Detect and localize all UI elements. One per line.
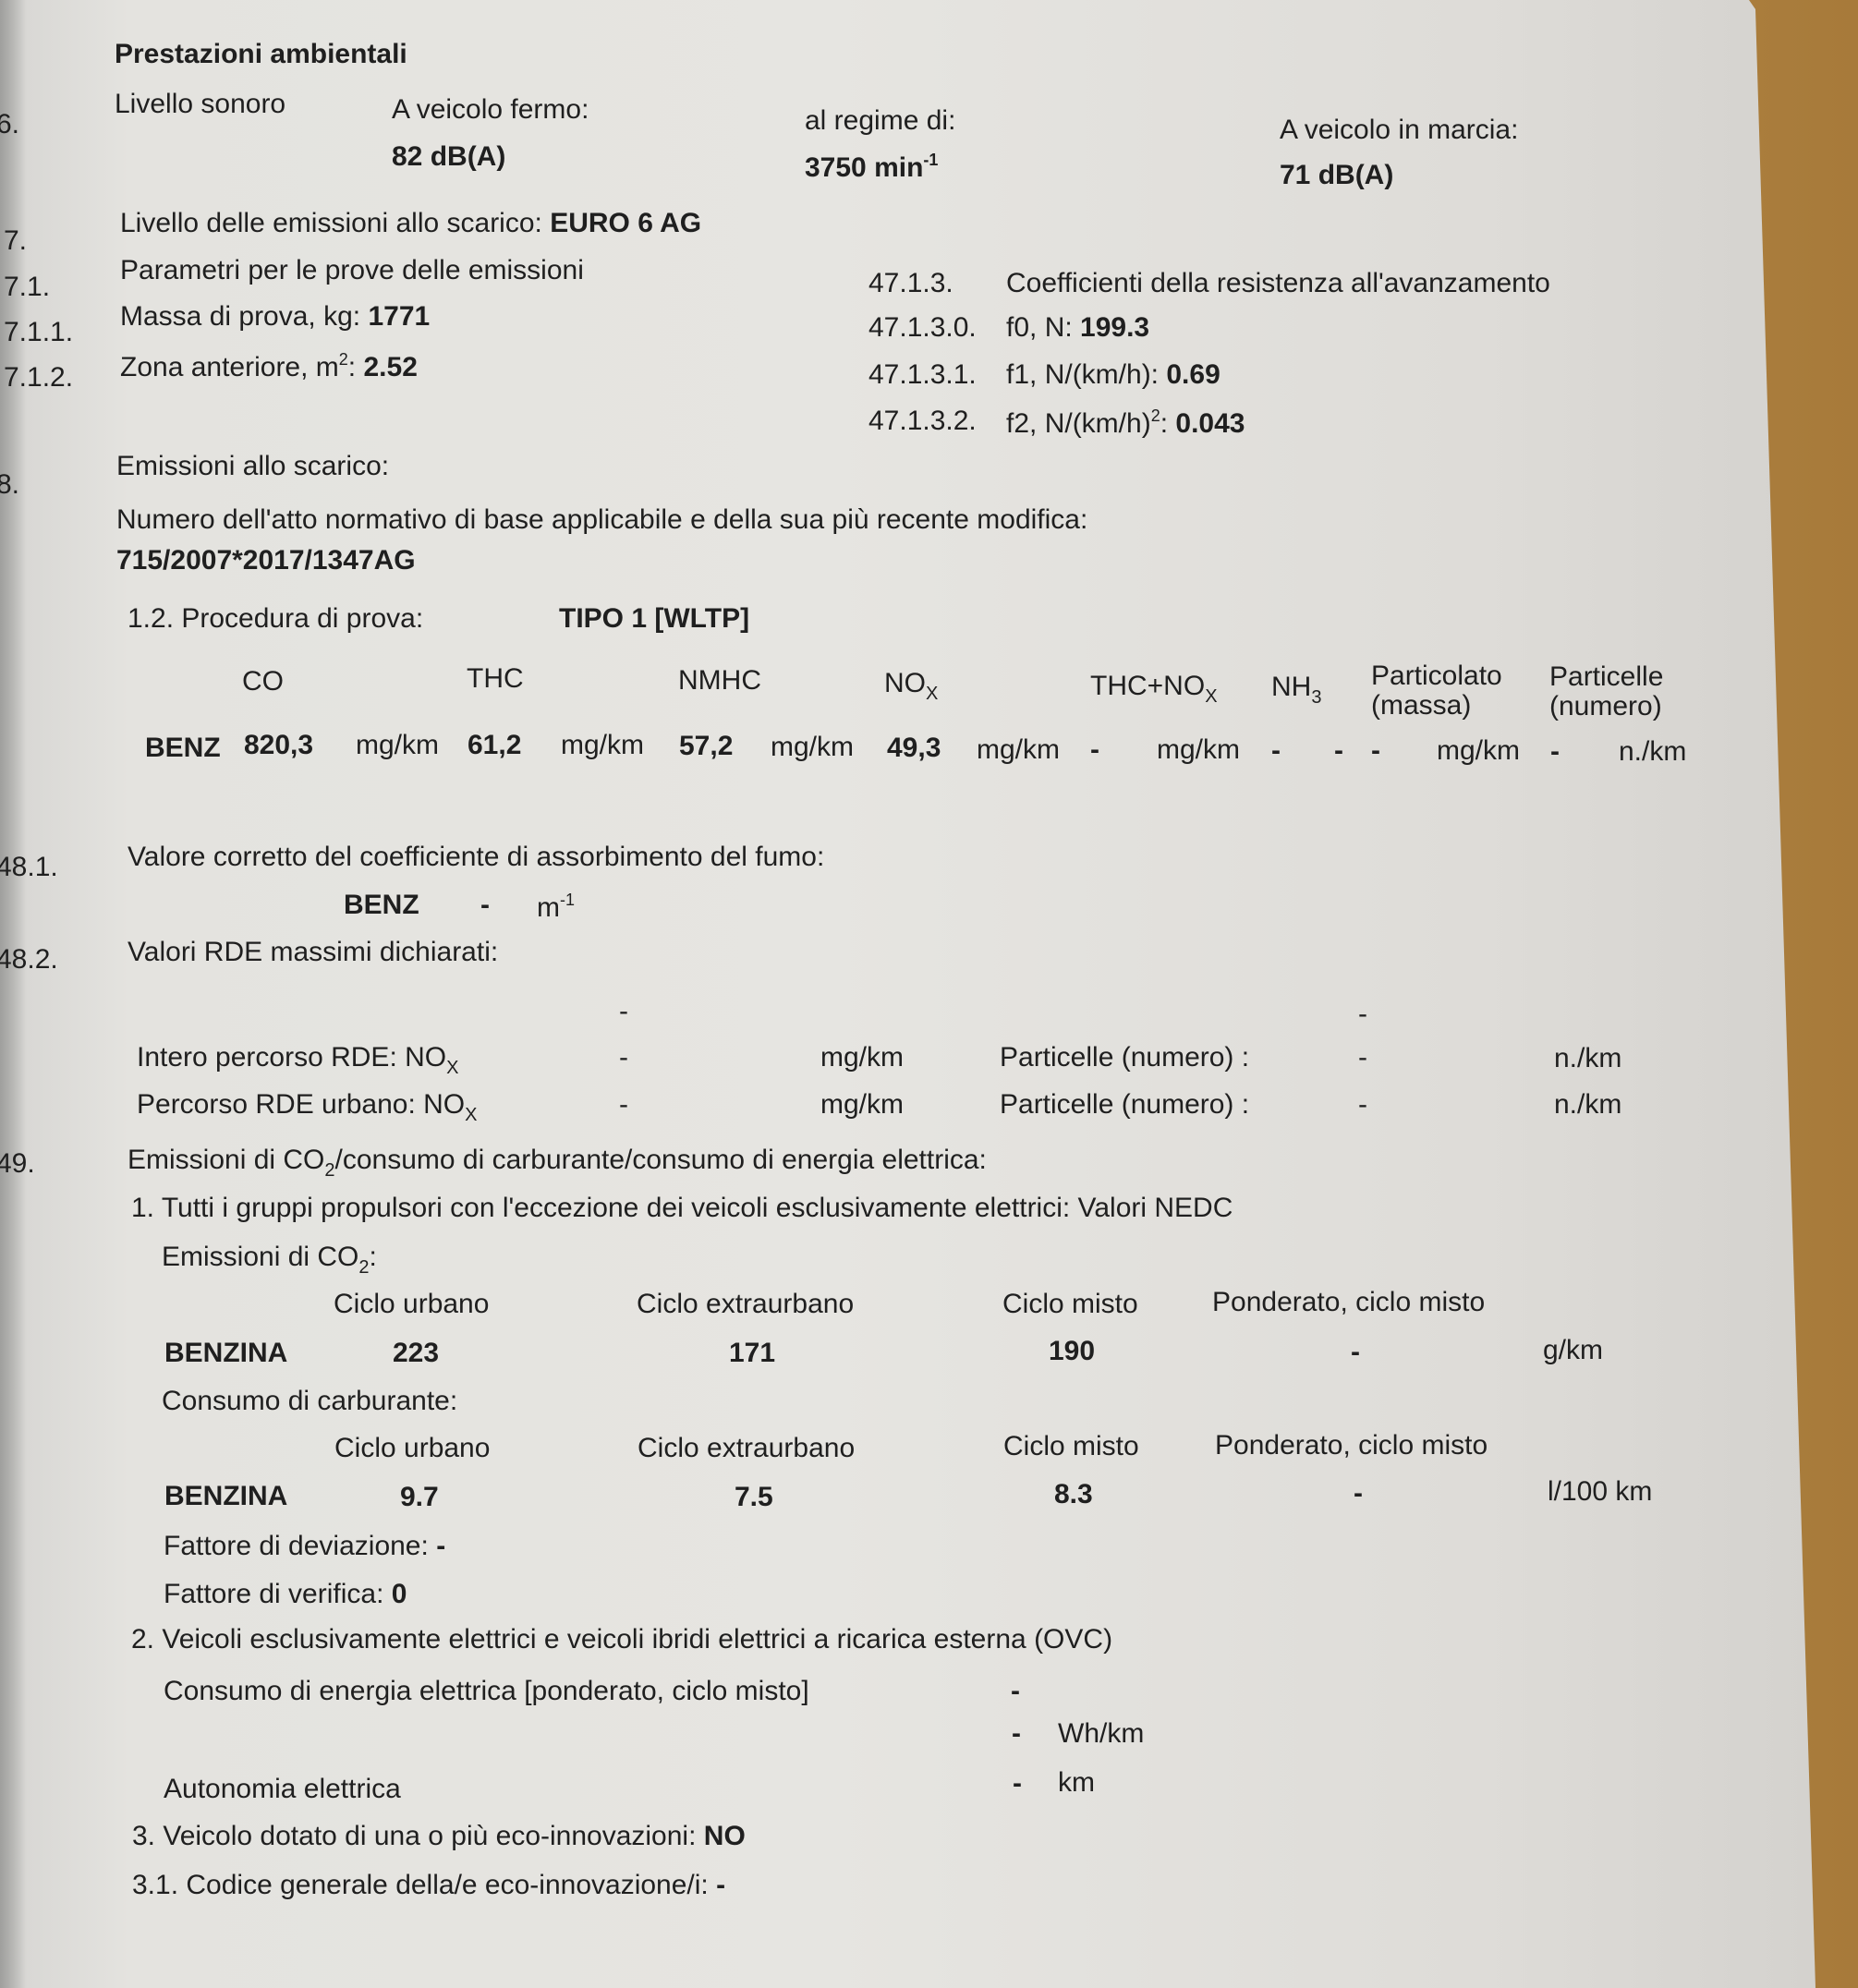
test-mass: Massa di prova, kg: 1771	[120, 303, 430, 331]
item-number-48-2: 48.2.	[0, 946, 58, 974]
fuel-col-combined: Ciclo misto	[1003, 1433, 1139, 1461]
item-number-8: 8.	[0, 471, 19, 499]
fuel-combined-value: 8.3	[1054, 1481, 1093, 1509]
road-load-label: Coefficienti della resistenza all'avanza…	[1006, 270, 1550, 297]
stationary-value: 82 dB(A)	[392, 143, 505, 171]
fuel-unit: l/100 km	[1548, 1478, 1652, 1506]
eco-innovations: 3. Veicolo dotato di una o più eco-innov…	[132, 1823, 746, 1850]
fuel-weighted-value: -	[1354, 1480, 1363, 1508]
smoke-label: Valore corretto del coefficiente di asso…	[128, 843, 824, 871]
nox-unit: mg/km	[977, 736, 1060, 764]
fuel-col-weighted: Ponderato, ciclo misto	[1215, 1432, 1488, 1460]
road-load-number: 47.1.3.	[868, 270, 953, 297]
f0: f0, N: 199.3	[1006, 314, 1149, 342]
header-thc: THC	[467, 665, 524, 693]
pn-unit: n./km	[1619, 738, 1686, 766]
eco-innovation-code: 3.1. Codice generale della/e eco-innovaz…	[132, 1872, 725, 1899]
rde-urban-pn-label: Particelle (numero) :	[1000, 1091, 1249, 1119]
smoke-unit: m-1	[537, 891, 575, 922]
header-nmhc: NMHC	[678, 667, 761, 695]
procedure-label: 1.2. Procedura di prova:	[128, 605, 423, 633]
moving-value: 71 dB(A)	[1280, 162, 1393, 189]
item-number-7: 7.	[4, 227, 27, 255]
rde-urban-pn-value: -	[1358, 1091, 1367, 1119]
f1-value: 0.69	[1166, 359, 1220, 390]
fuel-extraurban-value: 7.5	[735, 1484, 773, 1511]
test-params-label: Parametri per le prove delle emissioni	[120, 257, 584, 285]
rde-full-value: -	[619, 1044, 628, 1072]
eco-innovations-value: NO	[704, 1821, 746, 1851]
rde-label: Valori RDE massimi dichiarati:	[128, 939, 498, 966]
frontal-area: Zona anteriore, m2: 2.52	[120, 351, 418, 382]
rde-full-pn-value: -	[1358, 1044, 1367, 1072]
smoke-fuel: BENZ	[344, 891, 419, 919]
co-unit: mg/km	[356, 732, 439, 759]
emission-level: Livello delle emissioni allo scarico: EU…	[120, 210, 701, 237]
co2-combined-value: 190	[1049, 1338, 1095, 1365]
f0-value: 199.3	[1080, 312, 1149, 343]
co2-col-urban: Ciclo urbano	[334, 1291, 489, 1318]
header-thc-nox: THC+NOX	[1090, 673, 1218, 706]
section-title: Prestazioni ambientali	[115, 41, 407, 68]
pm-unit: mg/km	[1437, 737, 1520, 765]
stationary-label: A veicolo fermo:	[392, 96, 589, 124]
deviation-factor-value: -	[436, 1531, 445, 1561]
co2-fuel: BENZINA	[164, 1339, 287, 1367]
document-page: Prestazioni ambientali 6. Livello sonoro…	[0, 0, 1815, 1988]
energy-consumption-label: Consumo di energia elettrica [ponderato,…	[164, 1678, 809, 1705]
header-particulate-mass: Particolato(massa)	[1371, 661, 1502, 720]
electric-range-unit: km	[1058, 1769, 1095, 1797]
emission-level-value: EURO 6 AG	[550, 208, 701, 238]
verification-factor: Fattore di verifica: 0	[164, 1581, 407, 1608]
sound-label: Livello sonoro	[115, 91, 285, 118]
electric-range-value: -	[1013, 1770, 1022, 1798]
item-number-48-1: 48.1.	[0, 854, 58, 881]
frontal-area-value: 2.52	[363, 352, 417, 382]
rde-top-dash-right: -	[1358, 1000, 1367, 1028]
co2-emissions-label: Emissioni di CO2:	[162, 1243, 377, 1277]
electric-range-label: Autonomia elettrica	[164, 1776, 401, 1803]
f2: f2, N/(km/h)2: 0.043	[1006, 407, 1245, 438]
item-number-7-1-1: 7.1.1.	[4, 319, 73, 346]
f2-number: 47.1.3.2.	[868, 407, 977, 435]
co2-unit: g/km	[1543, 1337, 1603, 1364]
header-nox: NOX	[884, 670, 938, 703]
procedure-value: TIPO 1 [WLTP]	[559, 605, 749, 633]
co2-section-label: Emissioni di CO2/consumo di carburante/c…	[128, 1146, 987, 1180]
rde-urban-value: -	[619, 1091, 628, 1119]
f0-number: 47.1.3.0.	[868, 314, 977, 342]
rde-full-label: Intero percorso RDE: NOX	[137, 1044, 458, 1077]
co2-col-combined: Ciclo misto	[1002, 1291, 1138, 1318]
eco-innovation-code-value: -	[716, 1870, 725, 1900]
header-nh3: NH3	[1271, 673, 1321, 707]
regulation-value: 715/2007*2017/1347AG	[116, 547, 416, 575]
rde-full-unit: mg/km	[820, 1044, 904, 1072]
co-value: 820,3	[244, 732, 313, 759]
fuel-fuel: BENZINA	[164, 1483, 287, 1510]
rde-full-pn-label: Particelle (numero) :	[1000, 1044, 1249, 1072]
fuel-col-urban: Ciclo urbano	[334, 1435, 490, 1462]
energy-consumption-unit: Wh/km	[1058, 1720, 1144, 1748]
smoke-value: -	[480, 891, 490, 919]
pm-value: -	[1371, 737, 1380, 765]
moving-label: A veicolo in marcia:	[1280, 116, 1518, 144]
rde-urban-label: Percorso RDE urbano: NOX	[137, 1091, 477, 1124]
energy-consumption-value: -	[1012, 1720, 1021, 1748]
header-particle-number: Particelle(numero)	[1549, 662, 1663, 721]
co2-weighted-value: -	[1351, 1339, 1360, 1366]
header-co: CO	[242, 668, 284, 696]
fuel-consumption-label: Consumo di carburante:	[162, 1388, 457, 1415]
f1-number: 47.1.3.1.	[868, 361, 977, 389]
co2-col-extraurban: Ciclo extraurbano	[637, 1291, 854, 1318]
thc-value: 61,2	[468, 732, 521, 759]
co2-item-2: 2. Veicoli esclusivamente elettrici e ve…	[131, 1626, 1112, 1654]
item-number-7-1: 7.1.	[4, 273, 50, 301]
item-number-49: 49.	[0, 1150, 35, 1178]
thc-nox-value: -	[1090, 736, 1099, 764]
nox-value: 49,3	[887, 734, 941, 762]
rpm-value: 3750 min-1	[805, 152, 938, 182]
thc-nox-unit: mg/km	[1157, 736, 1240, 764]
pn-value: -	[1550, 738, 1560, 766]
rde-urban-pn-unit: n./km	[1554, 1091, 1621, 1119]
nh3-value: -	[1271, 737, 1281, 765]
item-number-6: 6.	[0, 111, 19, 139]
verification-factor-value: 0	[392, 1579, 407, 1609]
nmhc-unit: mg/km	[771, 733, 854, 761]
co2-item-1: 1. Tutti i gruppi propulsori con l'eccez…	[131, 1194, 1233, 1222]
rpm-label: al regime di:	[805, 107, 955, 135]
regulation-label: Numero dell'atto normativo di base appli…	[116, 506, 1087, 534]
nmhc-value: 57,2	[679, 733, 733, 760]
nh3-extra: -	[1334, 737, 1343, 765]
deviation-factor: Fattore di deviazione: -	[164, 1533, 445, 1560]
fuel-col-extraurban: Ciclo extraurbano	[638, 1435, 855, 1462]
fuel-urban-value: 9.7	[400, 1484, 439, 1511]
row-fuel: BENZ	[145, 734, 221, 762]
co2-extraurban-value: 171	[729, 1339, 775, 1367]
test-mass-value: 1771	[368, 301, 430, 332]
item-number-7-1-2: 7.1.2.	[4, 364, 73, 392]
co2-urban-value: 223	[393, 1339, 439, 1367]
rde-full-pn-unit: n./km	[1554, 1045, 1621, 1073]
f2-value: 0.043	[1175, 408, 1245, 439]
rde-urban-unit: mg/km	[820, 1091, 904, 1119]
thc-unit: mg/km	[561, 732, 644, 759]
rde-top-dash-left: -	[619, 998, 628, 1025]
co2-col-weighted: Ponderato, ciclo misto	[1212, 1289, 1485, 1316]
energy-consumption-value-top: -	[1011, 1678, 1020, 1705]
exhaust-label: Emissioni allo scarico:	[116, 453, 389, 480]
f1: f1, N/(km/h): 0.69	[1006, 361, 1220, 389]
